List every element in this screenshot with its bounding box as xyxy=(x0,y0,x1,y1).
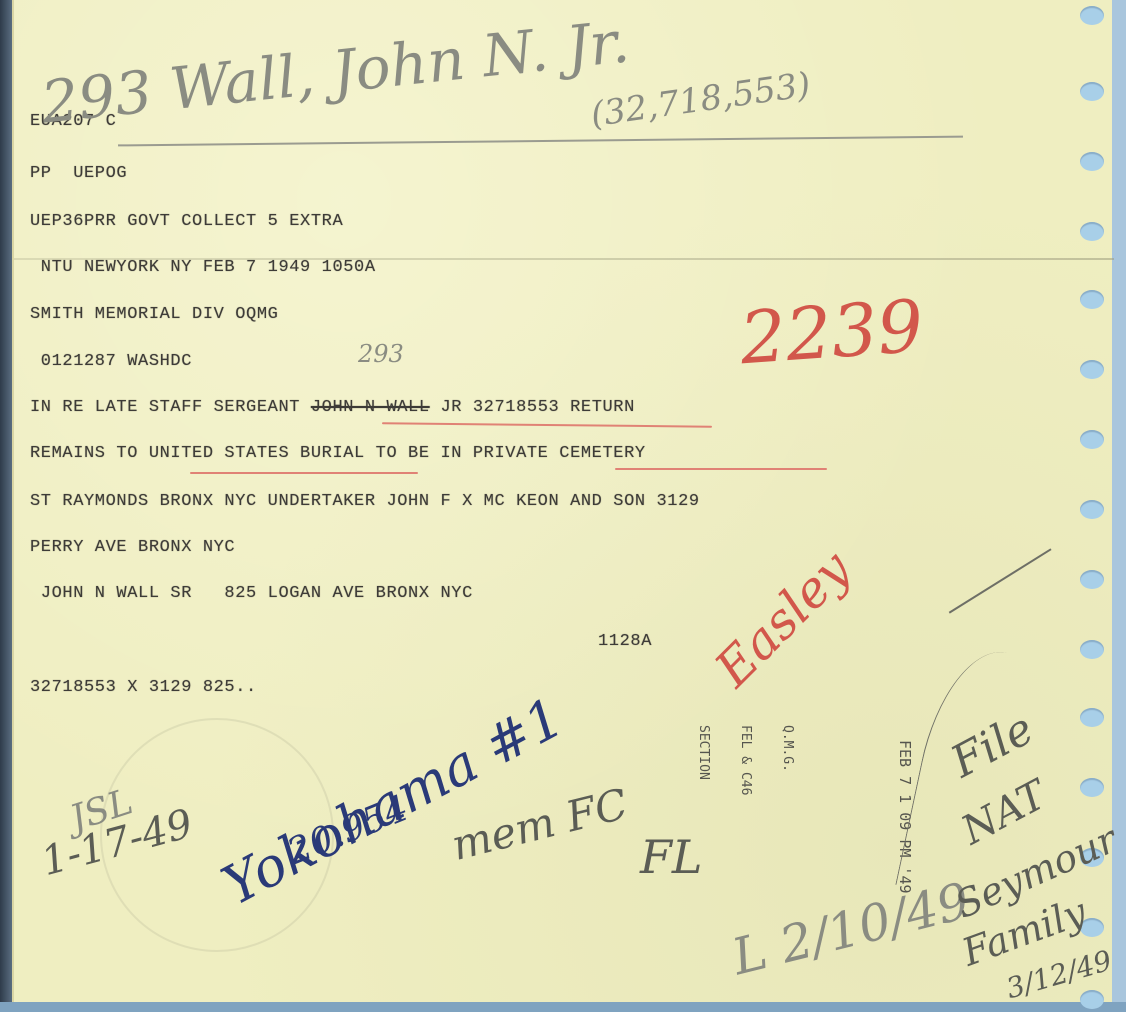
stamp-line-3: SECTION xyxy=(696,725,710,795)
telegram-body-line-1: IN RE LATE STAFF SERGEANT JOHN N WALL JR… xyxy=(30,398,635,417)
red-underline xyxy=(615,468,827,470)
perforation-hole xyxy=(1080,778,1104,797)
telegram-priority: PP UEPOG xyxy=(30,164,127,183)
telegram-body-line-4: PERRY AVE BRONX NYC xyxy=(30,538,235,557)
perforation-hole xyxy=(1080,500,1104,519)
stamp-line-1: Q.M.G. xyxy=(780,725,794,795)
perforation-hole xyxy=(1080,430,1104,449)
telegram-body-line-3: ST RAYMONDS BRONX NYC UNDERTAKER JOHN F … xyxy=(30,492,700,511)
perforation-hole xyxy=(1080,222,1104,241)
handwritten-293: 293 xyxy=(358,340,404,368)
struck-name: JOHN N WALL xyxy=(311,398,430,417)
perforation-hole xyxy=(1080,82,1104,101)
body-line-1-pre: IN RE LATE STAFF SERGEANT xyxy=(30,398,311,417)
perforation-hole xyxy=(1080,360,1104,379)
scan-left-edge xyxy=(0,0,12,1012)
red-number: 2239 xyxy=(737,284,926,381)
body-line-1-post: JR 32718553 RETURN xyxy=(430,398,635,417)
perforation-hole xyxy=(1080,152,1104,171)
telegram-addressee: SMITH MEMORIAL DIV OQMG xyxy=(30,305,278,324)
perforation-hole xyxy=(1080,570,1104,589)
red-underline xyxy=(190,472,418,474)
telegram-body-line-2: REMAINS TO UNITED STATES BURIAL TO BE IN… xyxy=(30,444,646,463)
telegram-origin: NTU NEWYORK NY FEB 7 1949 1050A xyxy=(30,258,376,277)
perforation-hole xyxy=(1080,990,1104,1009)
perforation-hole xyxy=(1080,6,1104,25)
perforation-hole xyxy=(1080,290,1104,309)
telegram-dtg: 0121287 WASHDC xyxy=(30,352,192,371)
scan-bottom-edge xyxy=(0,1002,1126,1012)
telegram-check-line: 32718553 X 3129 825.. xyxy=(30,678,257,697)
telegram-signature: JOHN N WALL SR 825 LOGAN AVE BRONX NYC xyxy=(30,584,473,603)
telegram-routing: UEP36PRR GOVT COLLECT 5 EXTRA xyxy=(30,212,343,231)
handwritten-fl: FL xyxy=(640,830,702,884)
received-stamp: Q.M.G. FEL & C46 SECTION xyxy=(682,725,822,795)
telegram-time-received: 1128A xyxy=(598,632,652,651)
stamp-line-2: FEL & C46 xyxy=(738,725,752,795)
perforation-hole xyxy=(1080,640,1104,659)
perforation-hole xyxy=(1080,708,1104,727)
